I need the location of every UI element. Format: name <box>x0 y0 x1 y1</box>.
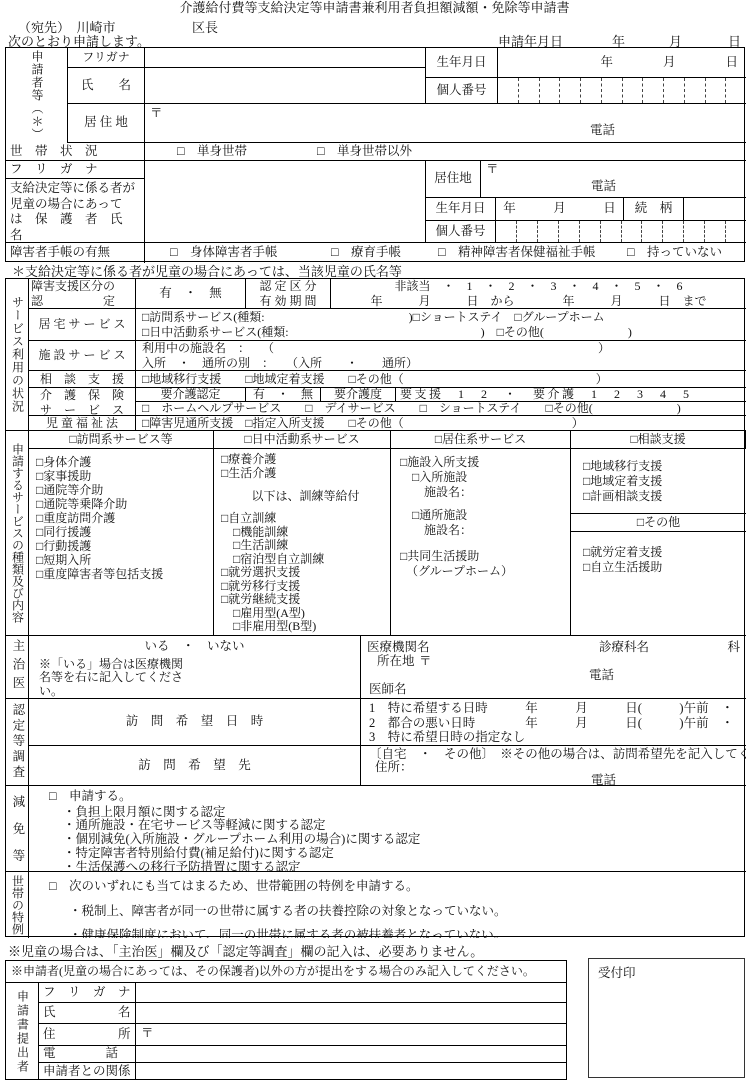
target-birthdate-label: 生年月日 <box>426 198 496 221</box>
personal-number-cells[interactable] <box>498 78 746 103</box>
checkbox-consult-support-row[interactable]: □地域移行支援 □地域定着支援 □その他（ ） <box>136 371 746 388</box>
checkbox-service-option[interactable]: □宿泊型自立訓練 <box>221 553 390 567</box>
checkbox-service-option[interactable]: □就労継続支援 <box>221 593 390 607</box>
checkbox-service-option[interactable]: （グループホーム） <box>400 564 570 579</box>
residence-field[interactable]: 〒 電話 <box>145 104 746 143</box>
checkbox-visit-services-header[interactable]: □訪問系サービス等 <box>29 431 214 449</box>
special-cell: □ 次のいずれにも当てはまるため、世帯範囲の特例を申請する。 ・税制上、障害者が… <box>29 872 746 938</box>
name-label: 氏 名 <box>68 68 145 104</box>
doctor-addr-label: 所在地 <box>377 654 415 670</box>
submitter-name-label: 氏 名 <box>39 1003 136 1024</box>
target-name-field[interactable] <box>145 161 426 243</box>
relation-field[interactable] <box>684 198 746 221</box>
residence-label: 居 住 地 <box>68 104 145 143</box>
reduction-cell: □ 申請する。 ・負担上限月額に関する認定・通所施設・在宅サービス等軽減に関する… <box>29 786 746 872</box>
reduction-item: ・個別減免(入所施設・グループホーム利用の場合)に関する認定 <box>63 833 746 847</box>
checkbox-reduction-apply[interactable]: □ 申請する。 <box>29 786 746 805</box>
household-status-label: 世 帯 状 況 <box>6 143 145 161</box>
checkbox-service-option[interactable]: □計画相談支援 <box>583 489 746 504</box>
target-personal-number-cells[interactable] <box>496 221 746 242</box>
submitter-addr-field[interactable]: 〒 <box>136 1024 566 1046</box>
checkbox-child-welfare-row[interactable]: □障害児通所支援 □指定入所支援 □その他（ ） <box>136 416 746 431</box>
target-residence-field[interactable]: 〒 電話 <box>481 161 746 198</box>
checkbox-service-option[interactable]: □就労選択支援 <box>221 566 390 580</box>
relation-label: 続 柄 <box>624 198 684 221</box>
checkbox-service-option[interactable]: □雇用型(A型) <box>221 607 390 621</box>
checkbox-single-household[interactable]: □ 単身世帯 <box>177 144 247 160</box>
checkbox-physical-handbook[interactable]: □ 身体障害者手帳 <box>170 245 278 261</box>
special-item: ・税制上、障害者が同一の世帯に属する者の扶養控除の対象となっていない。 <box>29 895 746 920</box>
ward-label: 区長 <box>192 20 218 36</box>
submitter-phone-label: 電 話 <box>39 1046 136 1063</box>
checkbox-special-apply[interactable]: □ 次のいずれにも当てはまるため、世帯範囲の特例を申請する。 <box>29 872 746 895</box>
visit-place-label: 訪 問 希 望 先 <box>29 746 361 786</box>
submitter-side-label: 申請書提出者 <box>6 983 39 1080</box>
care-cert-have-field[interactable]: 有 ・ 無 <box>246 388 321 402</box>
visit-services-list: □身体介護□家事援助□通院等介助□通院等乗降介助□重度訪問介護□同行援護□行動援… <box>29 449 214 636</box>
checkbox-service-option[interactable]: □就労移行支援 <box>221 580 390 594</box>
checkbox-rehab-handbook[interactable]: □ 療育手帳 <box>331 245 401 261</box>
doctor-side-label: 主治医 <box>6 636 29 699</box>
doctor-phone-label: 電話 <box>589 668 614 684</box>
visit-place-phone-label: 電話 <box>591 773 616 786</box>
checkbox-service-option[interactable]: □地域移行支援 <box>583 459 746 474</box>
checkbox-service-option[interactable]: □通院等介助 <box>36 483 213 497</box>
checkbox-service-option[interactable]: □共同生活援助 <box>400 549 570 564</box>
usage-side-label: サービス利用の状況 <box>6 279 29 431</box>
checkbox-mental-handbook[interactable]: □ 精神障害者保健福祉手帳 <box>438 245 596 261</box>
reduction-side-label: 減 免 等 <box>6 786 29 872</box>
consult-services-cell: □地域移行支援□地域定着支援□計画相談支援 □その他 □就労定着支援□自立生活援… <box>571 449 746 636</box>
checkbox-service-option[interactable]: □自立訓練 <box>221 512 390 526</box>
support-category-label: 障害支援区分の認 定 <box>29 279 136 309</box>
checkbox-service-option[interactable]: 施設名： <box>400 485 570 500</box>
personal-number-field[interactable] <box>498 78 746 104</box>
submitter-name-field[interactable] <box>136 1003 566 1024</box>
checkbox-service-option[interactable]: □療養介護 <box>221 453 390 467</box>
target-furigana-label: フ リ ガ ナ <box>6 161 145 179</box>
submitter-relation-field[interactable] <box>136 1063 566 1080</box>
checkbox-care-insurance-services[interactable]: □ ホームヘルプサービス □ デイサービス □ ショートステイ □その他( ) <box>136 402 746 416</box>
residence-services-list: □施設入所支援 □入所施設 施設名： □通所施設 施設名： □共同生活援助 （グ… <box>391 449 571 636</box>
checkbox-service-option[interactable]: □家事援助 <box>36 469 213 483</box>
checkbox-service-option[interactable]: □重度障害者等包括支援 <box>36 567 213 581</box>
target-phone-label: 電話 <box>591 179 616 195</box>
phone-label: 電話 <box>590 123 615 139</box>
postal-mark: 〒 <box>150 106 163 122</box>
visit-datetime-field[interactable]: 1 特に希望する日時 年 月 日( )午前 ・ 午後 2 都合の悪い日時 年 月… <box>361 699 746 746</box>
reduction-item: ・生活保護への移行予防措置に関する認定 <box>63 861 746 872</box>
visit-place-field[interactable]: 〔自宅 ・ その他〕 ※その他の場合は、訪問希望先を記入してください。 住所： … <box>361 746 746 786</box>
applicant-side-label: 申請者等（＊） <box>6 48 68 143</box>
checkbox-service-option[interactable]: □施設入所支援 <box>400 455 570 470</box>
checkbox-day-services-header[interactable]: □日中活動系サービス <box>214 431 391 449</box>
checkbox-no-handbook[interactable]: □ 持っていない <box>627 245 722 261</box>
services-side-label: 申請するサービスの種類及び内容 <box>6 431 29 636</box>
target-personal-number-label: 個人番号 <box>426 221 496 243</box>
doctor-info-cell[interactable]: 医療機関名 診療科名 科 所在地 〒 電話 医師名 <box>361 636 746 699</box>
submitter-postal-mark: 〒 <box>141 1026 154 1042</box>
handbook-label: 障害者手帳の有無 <box>6 243 145 263</box>
checkbox-service-option[interactable]: □身体介護 <box>36 455 213 469</box>
care-level-label: 要介護度 <box>321 388 396 402</box>
reception-stamp-label: 受付印 <box>589 959 744 982</box>
doctor-have-field[interactable]: いる ・ いない <box>29 639 360 655</box>
handbook-options: □ 身体障害者手帳 □ 療育手帳 □ 精神障害者保健福祉手帳 □ 持っていない <box>145 243 746 263</box>
furigana-label: フリガナ <box>68 48 145 68</box>
home-service-label: 居 宅 サ ー ビ ス <box>29 309 136 341</box>
reception-stamp-box: 受付印 <box>588 958 745 1078</box>
submitter-furigana-label: フ リ ガ ナ <box>39 983 136 1003</box>
dept-label: 診療科名 <box>599 640 649 656</box>
home-service-options[interactable]: □訪問系サービス(種類: )□ショートステイ □グループホーム □日中活動系サー… <box>136 309 746 341</box>
submitter-furigana-field[interactable] <box>136 983 566 1003</box>
birthdate-label: 生年月日 <box>426 48 498 78</box>
adult-only-note: ※児童の場合は、「主治医」欄及び「認定等調査」欄の記入は、必要ありません。 <box>8 944 483 960</box>
checkbox-non-single-household[interactable]: □ 単身世帯以外 <box>317 144 412 160</box>
doctor-have-cell: いる ・ いない ※「いる」場合は医療機関名等を右に記入してください。 <box>29 636 361 699</box>
checkbox-service-option[interactable]: □重度訪問介護 <box>36 511 213 525</box>
checkbox-service-option[interactable]: □通院等乗降介助 <box>36 497 213 511</box>
training-benefit-note: 以下は、訓練等給付 <box>221 489 390 504</box>
checkbox-service-option[interactable]: □行動援護 <box>36 539 213 553</box>
facility-service-label: 施 設 サ ー ビ ス <box>29 341 136 371</box>
checkbox-service-option[interactable]: □入所施設 <box>400 470 570 485</box>
checkbox-service-option[interactable]: □生活介護 <box>221 467 390 481</box>
checkbox-service-option[interactable]: □短期入所 <box>36 553 213 567</box>
cert-period-label: 認 定 区 分有 効 期 間 <box>246 279 331 309</box>
checkbox-service-option[interactable]: □就労定着支援 <box>583 545 746 560</box>
submitter-note: ※申請者(児童の場合にあっては、その保護者)以外の方が提出をする場合のみ記入して… <box>6 961 566 983</box>
name-field[interactable] <box>145 68 426 104</box>
guardian-name-label: 支給決定等に係る者が 児童の場合にあって は 保 護 者 氏 名 <box>6 179 145 243</box>
checkbox-home-service-row2[interactable]: □日中活動系サービス(種類: ) □その他( ) <box>136 325 746 340</box>
furigana-field[interactable] <box>145 48 426 68</box>
target-personal-number-field[interactable] <box>496 221 746 243</box>
target-birthdate-field[interactable]: 年 月 日 <box>496 198 624 221</box>
cert-period-field[interactable]: 非該当 ・ 1 ・ 2 ・ 3 ・ 4 ・ 5 ・ 6年 月 日 から 年 月 … <box>331 279 746 309</box>
form-title: 介護給付費等支給決定等申請書兼利用者負担額減額・免除等申請書 <box>0 0 749 16</box>
checkbox-service-option[interactable]: □機能訓練 <box>221 526 390 540</box>
support-category-have-field[interactable]: 有 ・ 無 <box>136 279 246 309</box>
dept-suffix-label: 科 <box>727 640 740 656</box>
facility-service-field[interactable]: 利用中の施設名 ： （ ） 入所 ・ 通所の別 ： （入所 ・ 通所） <box>136 341 746 371</box>
checkbox-consult-services-header[interactable]: □相談支援 <box>571 431 746 449</box>
checkbox-other-services-header[interactable]: □その他 <box>571 513 746 532</box>
personal-number-label: 個人番号 <box>426 78 498 104</box>
doctor-postal-mark: 〒 <box>419 654 432 670</box>
household-status-options: □ 単身世帯 □ 単身世帯以外 <box>145 143 746 161</box>
submitter-relation-label: 申請者との関係 <box>39 1063 136 1080</box>
day-services-list: □療養介護□生活介護 以下は、訓練等給付 □自立訓練 □機能訓練 □生活訓練 □… <box>214 449 391 636</box>
visit-datetime-label: 訪 問 希 望 日 時 <box>29 699 361 746</box>
checkbox-service-option[interactable]: □自立生活援助 <box>583 560 746 575</box>
checkbox-home-service-row1[interactable]: □訪問系サービス(種類: )□ショートステイ □グループホーム <box>136 310 746 325</box>
application-form: 介護給付費等支給決定等申請書兼利用者負担額減額・免除等申請書 （宛先） 川崎市 … <box>0 0 749 1081</box>
checkbox-service-option[interactable]: □非雇用型(B型) <box>221 620 390 634</box>
applicant-table: 申請者等（＊） フリガナ 氏 名 生年月日 年 月 日 個人番号 居 住 地 〒… <box>5 47 745 262</box>
care-level-field[interactable]: 要支援 1 2 ・ 要介護 1 2 3 4 5 <box>396 388 746 402</box>
doctor-note: ※「いる」場合は医療機関名等を右に記入してください。 <box>39 658 191 699</box>
survey-side-label: 認定等調査 <box>6 699 29 786</box>
target-postal-mark: 〒 <box>486 162 499 178</box>
checkbox-service-option[interactable]: □通所施設 <box>400 508 570 523</box>
reduction-item: ・特定障害者特別給付費(補足給付)に関する認定 <box>63 847 746 861</box>
checkbox-service-option[interactable]: □地域定着支援 <box>583 474 746 489</box>
checkbox-service-option[interactable]: 施設名： <box>400 523 570 538</box>
care-insurance-label: 介 護 保 険サ ー ビ ス <box>29 388 136 416</box>
submitter-table: ※申請者(児童の場合にあっては、その保護者)以外の方が提出をする場合のみ記入して… <box>5 960 567 1080</box>
submitter-phone-field[interactable] <box>136 1046 566 1063</box>
care-cert-label: 要介護認定 <box>136 388 246 402</box>
main-table: サービス利用の状況 障害支援区分の認 定 有 ・ 無 認 定 区 分有 効 期 … <box>5 278 745 937</box>
submitter-addr-label: 住 所 <box>39 1024 136 1046</box>
checkbox-service-option[interactable]: □生活訓練 <box>221 539 390 553</box>
checkbox-service-option[interactable]: □同行援護 <box>36 525 213 539</box>
birthdate-field[interactable]: 年 月 日 <box>498 48 746 78</box>
child-welfare-label: 児 童 福 祉 法 <box>29 416 136 431</box>
consult-support-label: 相 談 支 援 <box>29 371 136 388</box>
doctor-name-label: 医師名 <box>369 682 407 698</box>
special-item: ・健康保険制度において、同一の世帯に属する者の被扶養者となっていない。 <box>29 919 746 938</box>
special-side-label: 世帯の特例 <box>6 872 29 938</box>
checkbox-residence-services-header[interactable]: □居住系サービス <box>391 431 571 449</box>
target-residence-label: 居住地 <box>426 161 481 198</box>
